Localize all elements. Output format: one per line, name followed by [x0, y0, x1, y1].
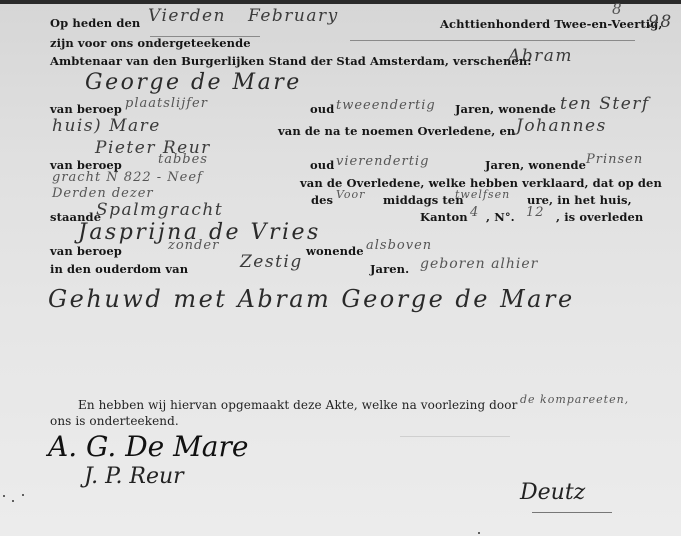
handwritten-day: Vierden — [148, 6, 226, 26]
printed-ambtenaar: Ambtenaar van den Burgerlijken Stand der… — [50, 54, 532, 68]
deceased-age: Zestig — [240, 252, 303, 272]
scan-speck — [22, 494, 24, 496]
printed-number: , N°. — [486, 210, 515, 224]
handwritten-year-mark: 8 — [612, 0, 623, 18]
printed-jaren-3: Jaren. — [370, 262, 409, 276]
printed-op-heden: Op heden den — [50, 16, 140, 30]
deceased-address: alsboven — [366, 238, 432, 253]
declarant2-address-b: gracht N 822 - Neef — [52, 170, 203, 185]
printed-ouderdom: in den ouderdom van — [50, 262, 188, 276]
printed-closing-2: ons is onderteekend. — [50, 414, 179, 428]
printed-van-beroep-1: van beroep — [50, 102, 122, 116]
scanned-certificate-page: Op heden den Vierden February Achttienho… — [0, 0, 681, 536]
bleed-through-mark — [400, 436, 510, 437]
scan-speck — [3, 495, 5, 497]
printed-zijn-voor-ons: zijn voor ons ondergeteekende — [50, 36, 251, 50]
death-hour: twelfsen — [455, 188, 510, 201]
scan-speck — [478, 532, 480, 534]
printed-kanton: Kanton — [420, 210, 468, 224]
birthplace: geboren alhier — [420, 256, 538, 272]
printed-des: des — [311, 193, 333, 207]
printed-middags-ten: middags ten — [383, 193, 464, 207]
printed-jaren-wonende-2: Jaren, wonende — [485, 158, 586, 172]
deceased-occupation: zonder — [168, 238, 219, 253]
declarant2-occupation: tabbes — [158, 152, 208, 167]
declarant1-occupation: plaatslijfer — [125, 96, 208, 111]
declarant1-age: tweeendertig — [336, 98, 436, 113]
house-number: 12 — [526, 205, 545, 220]
printed-van-beroep-3: van beroep — [50, 244, 122, 258]
handwritten-month: February — [248, 6, 339, 26]
marriage-note: Gehuwd met Abram George de Mare — [48, 285, 575, 313]
act-number: 98 — [648, 12, 673, 32]
street-name: Spalmgracht — [96, 200, 223, 220]
printed-oud-1: oud — [310, 102, 334, 116]
read-by: de kompareeten, — [520, 393, 629, 406]
declarant2-first-name: Johannes — [516, 116, 607, 136]
scan-speck — [12, 500, 14, 502]
signature-deutz: Deutz — [520, 480, 585, 505]
fill-line — [350, 40, 635, 41]
signature-de-mare: A. G. De Mare — [48, 430, 248, 463]
printed-oud-2: oud — [310, 158, 334, 172]
declarant2-address-a: Prinsen — [586, 152, 643, 167]
printed-is-overleden: , is overleden — [556, 210, 643, 224]
signature-reur: J. P. Reur — [84, 464, 184, 489]
printed-van-de-na: van de na te noemen Overledene, en — [278, 124, 515, 138]
kanton-value: 4 — [470, 205, 479, 220]
time-of-day: Voor — [336, 188, 365, 201]
printed-year: Achttienhonderd Twee-en-Veertig, — [440, 17, 663, 31]
declarant1-first-name: Abram — [508, 46, 573, 66]
printed-jaren-wonende-1: Jaren, wonende — [455, 102, 556, 116]
scan-top-edge — [0, 0, 681, 4]
printed-closing-1: En hebben wij hiervan opgemaakt deze Akt… — [78, 398, 517, 412]
declarant1-address-b: huis) Mare — [52, 116, 161, 136]
printed-wonende-3: wonende — [306, 244, 364, 258]
declarant1-address-a: ten Sterf — [560, 94, 650, 114]
death-date: Derden dezer — [52, 186, 154, 201]
signature-underline — [532, 512, 612, 513]
declarant2-age: vierendertig — [336, 154, 429, 169]
declarant1-name: George de Mare — [85, 70, 302, 95]
